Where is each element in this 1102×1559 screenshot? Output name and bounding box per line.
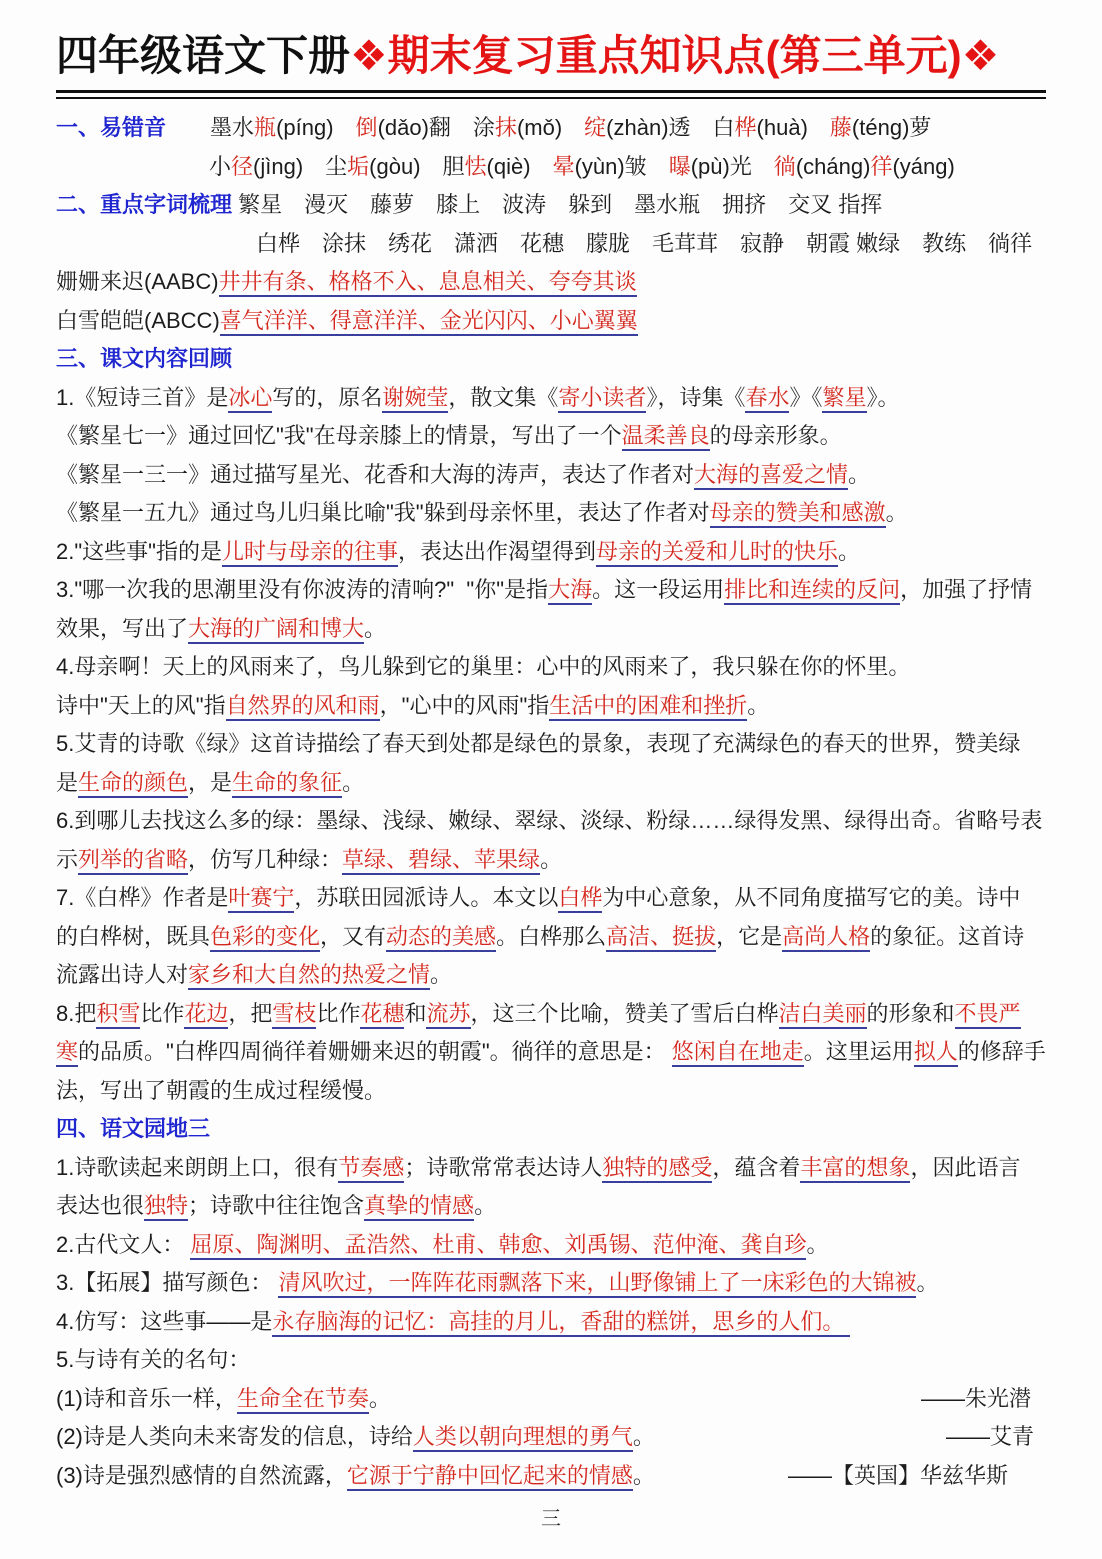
text-segment: 《繁星一五九》通过鸟儿归巢比喻"我"躲到母亲怀里，表达了作者对 <box>56 500 710 525</box>
text-segment: 《繁星七一》通过回忆"我"在母亲膝上的情景，写出了一个 <box>56 423 622 448</box>
text-segment: 拟人 <box>914 1039 958 1067</box>
line-text: 1.诗歌读起来朗朗上口，很有节奏感；诗歌常常表达诗人独特的感受，蕴含着丰富的想象… <box>56 1155 1020 1183</box>
text-segment: 》。 <box>867 385 900 410</box>
text-segment <box>166 115 210 140</box>
text-segment: 垢 <box>347 154 369 179</box>
text-line: 的白桦树，既具色彩的变化，又有动态的美感。白桦那么高洁、挺拔，它是高尚人格的象征… <box>56 918 1046 957</box>
text-segment: 它源于宁静中回忆起来的情感 <box>347 1463 633 1491</box>
text-line: 姗姗来迟(AABC)井井有条、格格不入、息息相关、夸夸其谈 <box>56 263 1046 302</box>
line-text: 3."哪一次我的思潮里没有你波涛的清响?" "你"是指大海。这一段运用排比和连续… <box>56 577 1032 605</box>
text-segment: 。 <box>838 539 860 564</box>
text-line: 寒的品质。"白桦四周徜徉着姗姗来迟的朝霞"。徜徉的意思是： 悠闲自在地走。这里运… <box>56 1033 1046 1072</box>
text-segment: 的形象和 <box>867 1001 955 1026</box>
text-segment: 洁白美丽 <box>779 1001 867 1029</box>
text-segment: 和 <box>404 1001 426 1026</box>
text-line: 3.【拓展】描写颜色： 清风吹过，一阵阵花雨飘落下来，山野像铺上了一床彩色的大锦… <box>56 1264 1046 1303</box>
text-segment: 花穗 <box>360 1001 404 1029</box>
line-text: 示列举的省略，仿写几种绿：草绿、碧绿、苹果绿。 <box>56 847 562 875</box>
text-segment: 清风吹过，一阵阵花雨飘落下来，山野像铺上了一床彩色的大锦被 <box>278 1270 916 1298</box>
text-segment: 雪枝 <box>272 1001 316 1029</box>
text-segment: 。 <box>916 1270 938 1295</box>
text-segment: 》《 <box>789 385 822 410</box>
text-segment: 春水 <box>745 385 789 413</box>
text-segment: 5.艾青的诗歌《绿》这首诗描绘了春天到处都是绿色的景象，表现了充满绿色的春天的世… <box>56 731 1020 756</box>
text-line: 是生命的颜色，是生命的象征。 <box>56 764 1046 803</box>
text-segment: 大海 <box>548 577 592 605</box>
text-segment: ，加强了抒情 <box>900 577 1032 602</box>
text-segment: 。 <box>369 1386 391 1411</box>
title-diamond-icon: ❖ <box>962 32 1000 79</box>
text-segment: 写的，原名 <box>272 385 382 410</box>
line-text: 的白桦树，既具色彩的变化，又有动态的美感。白桦那么高洁、挺拔，它是高尚人格的象征… <box>56 924 1024 952</box>
text-segment: 倒 <box>356 115 378 140</box>
text-segment: 》，诗集《 <box>646 385 745 410</box>
text-line: 1.诗歌读起来朗朗上口，很有节奏感；诗歌常常表达诗人独特的感受，蕴含着丰富的想象… <box>56 1149 1046 1188</box>
text-segment: 曝 <box>669 154 691 179</box>
text-segment: 生命全在节奏 <box>237 1386 369 1414</box>
text-segment: 是 <box>56 770 78 795</box>
text-segment: 的品质。"白桦四周徜徉着姗姗来迟的朝霞"。徜徉的意思是： <box>78 1039 672 1064</box>
text-segment: 大海的喜爱之情 <box>694 462 848 490</box>
title-double-rule <box>56 90 1046 99</box>
text-segment: 的修辞手 <box>958 1039 1046 1064</box>
text-line: 表达也很独特；诗歌中往往饱含真挚的情感。 <box>56 1187 1046 1226</box>
text-segment: 温柔善良 <box>622 423 710 451</box>
text-segment: 。 <box>886 500 908 525</box>
text-segment: 白雪皑皑(ABCC) <box>56 308 220 333</box>
page-title: 四年级语文下册❖期末复习重点知识点(第三单元)❖ <box>56 26 1046 86</box>
text-segment: 《繁星一三一》通过描写星光、花香和大海的涛声，表达了作者对 <box>56 462 694 487</box>
text-segment: 白桦 涂抹 绣花 潇洒 花穗 朦胧 毛茸茸 寂静 朝霞 嫩绿 教练 徜徉 <box>256 231 1032 256</box>
page-footer: 三 <box>0 1502 1102 1531</box>
text-segment: 。 <box>474 1193 496 1218</box>
text-segment: 悠闲自在地走 <box>672 1039 804 1067</box>
text-segment: 节奏感 <box>338 1155 404 1183</box>
text-segment: 瓶 <box>254 115 276 140</box>
text-segment: ，苏联田园派诗人。本文以 <box>294 885 558 910</box>
text-segment: 表达也很 <box>56 1193 144 1218</box>
text-line: 8.把积雪比作花边，把雪枝比作花穗和流苏，这三个比喻，赞美了雪后白桦洁白美丽的形… <box>56 995 1046 1034</box>
quote-attribution: ——艾青 <box>946 1418 1034 1457</box>
text-segment: 。 <box>540 847 562 872</box>
text-line: 流露出诗人对家乡和大自然的热爱之情。 <box>56 956 1046 995</box>
text-segment: 2."这些事"指的是 <box>56 539 222 564</box>
text-segment: 列举的省略 <box>78 847 188 875</box>
text-segment: 的象征。这首诗 <box>870 924 1024 949</box>
text-segment: (mǒ) <box>517 115 584 140</box>
text-segment: 寒 <box>56 1039 78 1067</box>
text-line: 2."这些事"指的是儿时与母亲的往事，表达出作渴望得到母亲的关爱和儿时的快乐。 <box>56 533 1046 572</box>
text-segment: 姗姗来迟(AABC) <box>56 269 219 294</box>
text-segment: 独特 <box>144 1193 188 1221</box>
line-text: 7.《白桦》作者是叶赛宁，苏联田园派诗人。本文以白桦为中心意象，从不同角度描写它… <box>56 885 1020 913</box>
text-segment: 二、重点字词梳理 <box>56 192 232 217</box>
text-segment: 大海的广阔和博大 <box>188 616 364 644</box>
text-segment: 桦 <box>735 115 757 140</box>
text-segment: 径 <box>231 154 253 179</box>
text-line: 3."哪一次我的思潮里没有你波涛的清响?" "你"是指大海。这一段运用排比和连续… <box>56 571 1046 610</box>
text-segment: 叶赛宁 <box>228 885 294 913</box>
text-segment: ，散文集《 <box>448 385 558 410</box>
text-segment: 一、易错音 <box>56 115 166 140</box>
line-text: 《繁星一五九》通过鸟儿归巢比喻"我"躲到母亲怀里，表达了作者对母亲的赞美和感激。 <box>56 500 908 528</box>
text-segment: 1.诗歌读起来朗朗上口，很有 <box>56 1155 338 1180</box>
text-segment: 小 <box>209 154 231 179</box>
text-segment: ，这三个比喻，赞美了雪后白桦 <box>471 1001 779 1026</box>
text-segment: 独特的感受 <box>602 1155 712 1183</box>
text-line: 《繁星七一》通过回忆"我"在母亲膝上的情景，写出了一个温柔善良的母亲形象。 <box>56 417 1046 456</box>
text-segment: 徉 <box>870 154 892 179</box>
text-segment: (zhàn)透 白 <box>606 115 734 140</box>
text-segment: 。这里运用 <box>804 1039 914 1064</box>
line-text: 二、重点字词梳理 繁星 漫灭 藤萝 膝上 波涛 躲到 墨水瓶 拥挤 交叉 指挥 <box>56 192 882 217</box>
text-line: (3)诗是强烈感情的自然流露，它源于宁静中回忆起来的情感。——【英国】华兹华斯 <box>56 1457 1046 1496</box>
text-segment: 流苏 <box>426 1001 470 1029</box>
line-text: 一、易错音 墨水瓶(píng) 倒(dǎo)翻 涂抹(mǒ) 绽(zhàn)透 … <box>56 115 931 140</box>
text-segment: 。 <box>633 1424 655 1449</box>
line-text: 白桦 涂抹 绣花 潇洒 花穗 朦胧 毛茸茸 寂静 朝霞 嫩绿 教练 徜徉 <box>256 231 1032 256</box>
text-segment: (píng) <box>276 115 355 140</box>
text-segment: 自然界的风和雨 <box>226 693 380 721</box>
text-segment: 家乡和大自然的热爱之情 <box>188 962 430 990</box>
text-segment: 真挚的情感 <box>364 1193 474 1221</box>
text-segment: 冰心 <box>228 385 272 413</box>
text-line: 四、语文园地三 <box>56 1110 1046 1149</box>
text-segment: 不畏严 <box>955 1001 1021 1029</box>
text-segment: 白桦 <box>558 885 602 913</box>
text-segment: 丰富的想象 <box>800 1155 910 1183</box>
text-segment: 4.仿写：这些事——是 <box>56 1309 272 1334</box>
text-segment: (gòu) 胆 <box>369 154 464 179</box>
text-segment: 流露出诗人对 <box>56 962 188 987</box>
text-line: 《繁星一五九》通过鸟儿归巢比喻"我"躲到母亲怀里，表达了作者对母亲的赞美和感激。 <box>56 494 1046 533</box>
page-number: 三 <box>541 1508 561 1530</box>
text-segment: ，"心中的风雨"指 <box>380 693 550 718</box>
text-segment: 徜 <box>774 154 796 179</box>
text-segment: 3."哪一次我的思潮里没有你波涛的清响?" "你"是指 <box>56 577 548 602</box>
line-text: (1)诗和音乐一样，生命全在节奏。 <box>56 1380 391 1419</box>
text-segment: 喜气洋洋、得意洋洋、金光闪闪、小心翼翼 <box>220 308 638 336</box>
text-segment: ；诗歌常常表达诗人 <box>404 1155 602 1180</box>
text-segment: (téng)萝 <box>852 115 931 140</box>
line-text: 诗中"天上的风"指自然界的风和雨，"心中的风雨"指生活中的困难和挫折。 <box>56 693 769 721</box>
line-text: 流露出诗人对家乡和大自然的热爱之情。 <box>56 962 452 990</box>
text-segment: 。 <box>848 462 870 487</box>
text-segment: 1.《短诗三首》是 <box>56 385 228 410</box>
line-text: 法，写出了朝霞的生成过程缓慢。 <box>56 1078 386 1103</box>
text-segment: 怯 <box>465 154 487 179</box>
text-segment: 5.与诗有关的名句： <box>56 1347 250 1372</box>
text-segment: 四、语文园地三 <box>56 1116 210 1141</box>
text-segment: 比作 <box>316 1001 360 1026</box>
text-segment: 繁星 漫灭 藤萝 膝上 波涛 躲到 墨水瓶 拥挤 交叉 指挥 <box>232 192 882 217</box>
line-text: 效果，写出了大海的广阔和博大。 <box>56 616 386 644</box>
text-line: 示列举的省略，仿写几种绿：草绿、碧绿、苹果绿。 <box>56 841 1046 880</box>
text-line: 《繁星一三一》通过描写星光、花香和大海的涛声，表达了作者对大海的喜爱之情。 <box>56 456 1046 495</box>
text-segment: 。 <box>430 962 452 987</box>
text-segment: 法，写出了朝霞的生成过程缓慢。 <box>56 1078 386 1103</box>
text-segment: 诗中"天上的风"指 <box>56 693 226 718</box>
text-segment: 生命的象征 <box>232 770 342 798</box>
text-segment: 生命的颜色 <box>78 770 188 798</box>
line-text: 3.【拓展】描写颜色： 清风吹过，一阵阵花雨飘落下来，山野像铺上了一床彩色的大锦… <box>56 1270 939 1298</box>
text-line: 小径(jìng) 尘垢(gòu) 胆怯(qiè) 晕(yùn)皱 曝(pù)光 … <box>56 148 1046 187</box>
text-segment: 墨水 <box>210 115 254 140</box>
text-segment: (jìng) 尘 <box>253 154 347 179</box>
line-text: (3)诗是强烈感情的自然流露，它源于宁静中回忆起来的情感。 <box>56 1457 655 1496</box>
text-segment: 抹 <box>495 115 517 140</box>
line-text: 姗姗来迟(AABC)井井有条、格格不入、息息相关、夸夸其谈 <box>56 269 637 297</box>
text-segment: 高尚人格 <box>782 924 870 952</box>
text-segment: ；诗歌中往往饱含 <box>188 1193 364 1218</box>
line-text: 8.把积雪比作花边，把雪枝比作花穗和流苏，这三个比喻，赞美了雪后白桦洁白美丽的形… <box>56 1001 1021 1029</box>
text-segment: 8.把 <box>56 1001 96 1026</box>
line-text: 5.艾青的诗歌《绿》这首诗描绘了春天到处都是绿色的景象，表现了充满绿色的春天的世… <box>56 731 1020 756</box>
text-segment: 6.到哪儿去找这么多的绿：墨绿、浅绿、嫩绿、翠绿、淡绿、粉绿……绿得发黑、绿得出… <box>56 808 1042 833</box>
quote-attribution: ——朱光潜 <box>921 1380 1031 1419</box>
text-line: 一、易错音 墨水瓶(píng) 倒(dǎo)翻 涂抹(mǒ) 绽(zhàn)透 … <box>56 109 1046 148</box>
text-segment: 屈原、陶渊明、孟浩然、杜甫、韩愈、刘禹锡、范仲淹、龚自珍 <box>190 1232 806 1260</box>
line-text: 小径(jìng) 尘垢(gòu) 胆怯(qiè) 晕(yùn)皱 曝(pù)光 … <box>209 154 955 179</box>
line-text: 《繁星七一》通过回忆"我"在母亲膝上的情景，写出了一个温柔善良的母亲形象。 <box>56 423 842 451</box>
text-segment: 儿时与母亲的往事 <box>222 539 398 567</box>
text-segment: 为中心意象，从不同角度描写它的美。诗中 <box>602 885 1020 910</box>
text-segment: 。 <box>342 770 364 795</box>
line-text: 1.《短诗三首》是冰心写的，原名谢婉莹，散文集《寄小读者》，诗集《春水》《繁星》… <box>56 385 900 413</box>
text-segment: 。 <box>364 616 386 641</box>
text-segment: 人类以朝向理想的勇气 <box>413 1424 633 1452</box>
text-segment: ，蕴含着 <box>712 1155 800 1180</box>
text-line: 4.母亲啊！天上的风雨来了，鸟儿躲到它的巢里：心中的风雨来了，我只躲在你的怀里。 <box>56 648 1046 687</box>
text-line: 2.古代文人： 屈原、陶渊明、孟浩然、杜甫、韩愈、刘禹锡、范仲淹、龚自珍。 <box>56 1226 1046 1265</box>
line-text: 四、语文园地三 <box>56 1116 210 1141</box>
line-text: 寒的品质。"白桦四周徜徉着姗姗来迟的朝霞"。徜徉的意思是： 悠闲自在地走。这里运… <box>56 1039 1046 1067</box>
text-segment: 。 <box>633 1463 655 1488</box>
line-text: 白雪皑皑(ABCC)喜气洋洋、得意洋洋、金光闪闪、小心翼翼 <box>56 308 638 336</box>
text-line: 效果，写出了大海的广阔和博大。 <box>56 610 1046 649</box>
line-text: 2.古代文人： 屈原、陶渊明、孟浩然、杜甫、韩愈、刘禹锡、范仲淹、龚自珍。 <box>56 1232 829 1260</box>
document-lines: 一、易错音 墨水瓶(píng) 倒(dǎo)翻 涂抹(mǒ) 绽(zhàn)透 … <box>56 109 1046 1495</box>
text-segment: ，因此语言 <box>910 1155 1020 1180</box>
text-segment: 。白桦那么 <box>496 924 606 949</box>
text-segment: 生活中的困难和挫折 <box>549 693 747 721</box>
text-segment: 3.【拓展】描写颜色： <box>56 1270 278 1295</box>
text-line: 5.艾青的诗歌《绿》这首诗描绘了春天到处都是绿色的景象，表现了充满绿色的春天的世… <box>56 725 1046 764</box>
text-segment: 母亲的赞美和感激 <box>710 500 886 528</box>
text-segment: 2.古代文人： <box>56 1232 190 1257</box>
text-segment: 母亲的关爱和儿时的快乐 <box>596 539 838 567</box>
text-line: 1.《短诗三首》是冰心写的，原名谢婉莹，散文集《寄小读者》，诗集《春水》《繁星》… <box>56 379 1046 418</box>
text-segment: 的母亲形象。 <box>710 423 842 448</box>
text-segment: (yáng) <box>892 154 954 179</box>
text-segment: 。这一段运用 <box>592 577 724 602</box>
text-line: 6.到哪儿去找这么多的绿：墨绿、浅绿、嫩绿、翠绿、淡绿、粉绿……绿得发黑、绿得出… <box>56 802 1046 841</box>
text-segment: 绽 <box>584 115 606 140</box>
text-line: 二、重点字词梳理 繁星 漫灭 藤萝 膝上 波涛 躲到 墨水瓶 拥挤 交叉 指挥 <box>56 186 1046 225</box>
text-segment: ，是 <box>188 770 232 795</box>
text-segment: (cháng) <box>796 154 871 179</box>
quote-attribution: ——【英国】华兹华斯 <box>788 1457 1008 1496</box>
text-segment: 高洁、挺拔 <box>606 924 716 952</box>
text-segment: 4.母亲啊！天上的风雨来了，鸟儿躲到它的巢里：心中的风雨来了，我只躲在你的怀里。 <box>56 654 910 679</box>
text-segment: 井井有条、格格不入、息息相关、夸夸其谈 <box>219 269 637 297</box>
line-text: 三、课文内容回顾 <box>56 346 232 371</box>
text-segment: (yùn)皱 <box>575 154 669 179</box>
text-line: 7.《白桦》作者是叶赛宁，苏联田园派诗人。本文以白桦为中心意象，从不同角度描写它… <box>56 879 1046 918</box>
document-page: 四年级语文下册❖期末复习重点知识点(第三单元)❖ 一、易错音 墨水瓶(píng)… <box>0 0 1102 1495</box>
line-text: 是生命的颜色，是生命的象征。 <box>56 770 364 798</box>
text-segment: 动态的美感 <box>386 924 496 952</box>
text-segment: 晕 <box>553 154 575 179</box>
text-segment: 繁星 <box>822 385 866 413</box>
text-segment: 的白桦树，既具 <box>56 924 210 949</box>
text-segment: 。 <box>806 1232 828 1257</box>
text-segment: 寄小读者 <box>558 385 646 413</box>
text-segment: (dǎo)翻 涂 <box>378 115 495 140</box>
line-text: 《繁星一三一》通过描写星光、花香和大海的涛声，表达了作者对大海的喜爱之情。 <box>56 462 870 490</box>
text-line: (1)诗和音乐一样，生命全在节奏。——朱光潜 <box>56 1380 1046 1419</box>
text-segment: 花边 <box>184 1001 228 1029</box>
line-text: 4.母亲啊！天上的风雨来了，鸟儿躲到它的巢里：心中的风雨来了，我只躲在你的怀里。 <box>56 654 910 679</box>
text-segment: (3)诗是强烈感情的自然流露， <box>56 1463 347 1488</box>
text-segment: 7.《白桦》作者是 <box>56 885 228 910</box>
text-segment: ，表达出作渴望得到 <box>398 539 596 564</box>
line-text: (2)诗是人类向未来寄发的信息，诗给人类以朝向理想的勇气。 <box>56 1418 655 1457</box>
text-line: 法，写出了朝霞的生成过程缓慢。 <box>56 1072 1046 1111</box>
text-segment: ，仿写几种绿： <box>188 847 342 872</box>
text-line: 三、课文内容回顾 <box>56 340 1046 379</box>
text-segment: (pù)光 <box>691 154 774 179</box>
title-text-red: 期末复习重点知识点(第三单元) <box>388 32 962 79</box>
text-segment: (2)诗是人类向未来寄发的信息，诗给 <box>56 1424 413 1449</box>
text-segment: (huà) <box>757 115 830 140</box>
text-segment: 永存脑海的记忆：高挂的月儿，香甜的糕饼，思乡的人们。 <box>272 1309 850 1337</box>
title-text-black: 四年级语文下册 <box>56 32 350 79</box>
text-segment: 示 <box>56 847 78 872</box>
text-segment: 。 <box>747 693 769 718</box>
text-line: 白桦 涂抹 绣花 潇洒 花穗 朦胧 毛茸茸 寂静 朝霞 嫩绿 教练 徜徉 <box>56 225 1046 264</box>
text-line: 5.与诗有关的名句： <box>56 1341 1046 1380</box>
text-segment: (1)诗和音乐一样， <box>56 1386 237 1411</box>
text-line: 诗中"天上的风"指自然界的风和雨，"心中的风雨"指生活中的困难和挫折。 <box>56 687 1046 726</box>
text-segment: ，又有 <box>320 924 386 949</box>
title-diamond-icon: ❖ <box>350 32 388 79</box>
text-segment: 藤 <box>830 115 852 140</box>
text-segment: 谢婉莹 <box>382 385 448 413</box>
text-segment: ，它是 <box>716 924 782 949</box>
text-segment: 比作 <box>140 1001 184 1026</box>
line-text: 4.仿写：这些事——是永存脑海的记忆：高挂的月儿，香甜的糕饼，思乡的人们。 <box>56 1309 850 1337</box>
line-text: 2."这些事"指的是儿时与母亲的往事，表达出作渴望得到母亲的关爱和儿时的快乐。 <box>56 539 860 567</box>
text-segment: ，把 <box>228 1001 272 1026</box>
text-segment: 三、课文内容回顾 <box>56 346 232 371</box>
text-line: (2)诗是人类向未来寄发的信息，诗给人类以朝向理想的勇气。——艾青 <box>56 1418 1046 1457</box>
text-line: 4.仿写：这些事——是永存脑海的记忆：高挂的月儿，香甜的糕饼，思乡的人们。 <box>56 1303 1046 1342</box>
text-segment: 草绿、碧绿、苹果绿 <box>342 847 540 875</box>
line-text: 表达也很独特；诗歌中往往饱含真挚的情感。 <box>56 1193 496 1221</box>
text-line: 白雪皑皑(ABCC)喜气洋洋、得意洋洋、金光闪闪、小心翼翼 <box>56 302 1046 341</box>
text-segment: 排比和连续的反问 <box>724 577 900 605</box>
text-segment: 积雪 <box>96 1001 140 1029</box>
text-segment: (qiè) <box>487 154 553 179</box>
line-text: 6.到哪儿去找这么多的绿：墨绿、浅绿、嫩绿、翠绿、淡绿、粉绿……绿得发黑、绿得出… <box>56 808 1042 833</box>
line-text: 5.与诗有关的名句： <box>56 1347 250 1372</box>
text-segment: 效果，写出了 <box>56 616 188 641</box>
text-segment: 色彩的变化 <box>210 924 320 952</box>
